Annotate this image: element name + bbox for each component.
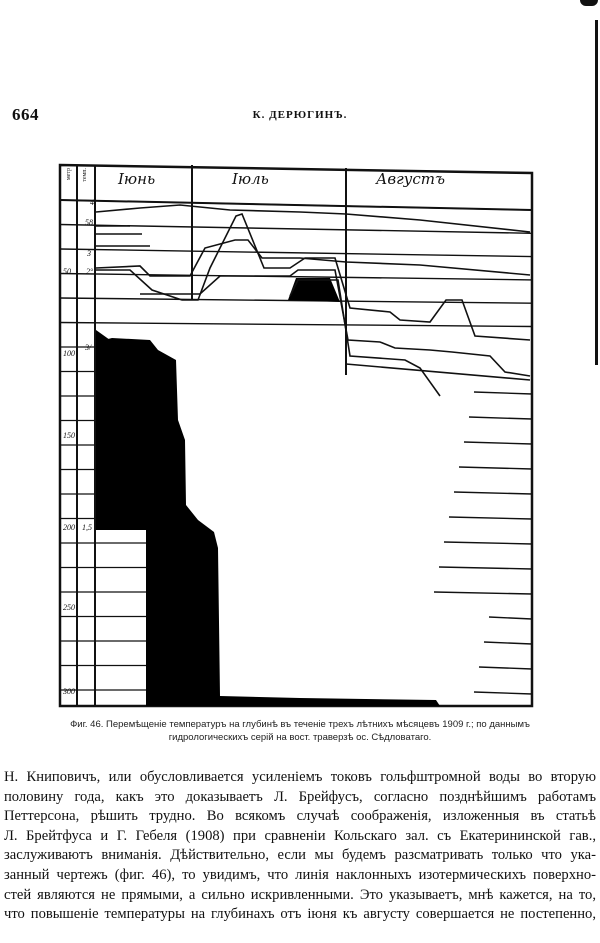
- depth-label: 3/: [85, 343, 91, 352]
- grid-line: [60, 225, 532, 234]
- depth-label: 1,5: [82, 523, 92, 532]
- month-label-august: Августъ: [376, 170, 445, 188]
- grid-tick-right: [469, 417, 532, 419]
- caption-line-2: гидрологическихъ серій на вост. траверзѣ…: [20, 731, 580, 744]
- cold-water-mass: [96, 338, 440, 706]
- grid-tick-right: [449, 517, 532, 519]
- grid-tick-right: [454, 492, 532, 494]
- grid-tick-right: [459, 467, 532, 469]
- month-label-june: Іюнь: [118, 170, 155, 188]
- depth-label: 300: [63, 687, 75, 696]
- depth-label: 150: [63, 431, 75, 440]
- body-line: половину года, какъ это доказываетъ Л. Б…: [4, 788, 596, 808]
- col-header-temp: темп.: [82, 168, 88, 182]
- depth-label: 250: [63, 603, 75, 612]
- figure-caption: Фиг. 46. Перемѣщеніе температуръ на глуб…: [20, 718, 580, 744]
- month-label-july: Іюль: [232, 170, 269, 188]
- grid-tick-right: [479, 667, 532, 669]
- depth-label: 100: [63, 349, 75, 358]
- depth-label: 2°: [86, 267, 93, 276]
- body-line: занный чертежъ (фиг. 46), то увидимъ, чт…: [4, 866, 596, 886]
- depth-label: 200: [63, 523, 75, 532]
- caption-line-1: Фиг. 46. Перемѣщеніе температуръ на глуб…: [20, 718, 580, 731]
- depth-label: 4: [90, 198, 94, 207]
- grid-line: [60, 249, 532, 257]
- grid-tick-right: [489, 617, 532, 619]
- isotherm-line-6: [346, 364, 530, 380]
- grid-line: [60, 323, 532, 327]
- grid-tick-right: [474, 692, 532, 694]
- depth-label: 50: [63, 267, 71, 276]
- body-line: заслуживаютъ вниманія. Дѣйствительно, ес…: [4, 846, 596, 866]
- grid-tick-right: [444, 542, 532, 544]
- july-cold-pocket: [288, 278, 340, 302]
- col-header-depth: метр: [66, 168, 72, 180]
- body-line: Н. Книповичъ, или обусловливается усилен…: [4, 768, 596, 788]
- body-line: Петтерсона, рѣшить трудно. Во всякомъ сл…: [4, 807, 596, 827]
- depth-label: 58: [85, 218, 93, 227]
- grid-tick-right: [434, 592, 532, 594]
- body-line: Л. Брейтфуса и Г. Гебеля (1908) при срав…: [4, 827, 596, 847]
- depth-label: 3: [87, 249, 91, 258]
- body-line: стей являются не прямыми, а сильно искри…: [4, 886, 596, 906]
- chart-canvas: [0, 0, 600, 720]
- body-paragraph: Н. Книповичъ, или обусловливается усилен…: [4, 768, 596, 925]
- body-line: что повышеніе температуры на глубинахъ о…: [4, 905, 596, 925]
- grid-tick-right: [484, 642, 532, 644]
- grid-tick-right: [439, 567, 532, 569]
- grid-tick-right: [464, 442, 532, 444]
- figure-isotherm-chart: Іюнь Іюль Августъ метр темп. 4583502°3/1…: [0, 0, 600, 720]
- grid-tick-right: [474, 392, 532, 394]
